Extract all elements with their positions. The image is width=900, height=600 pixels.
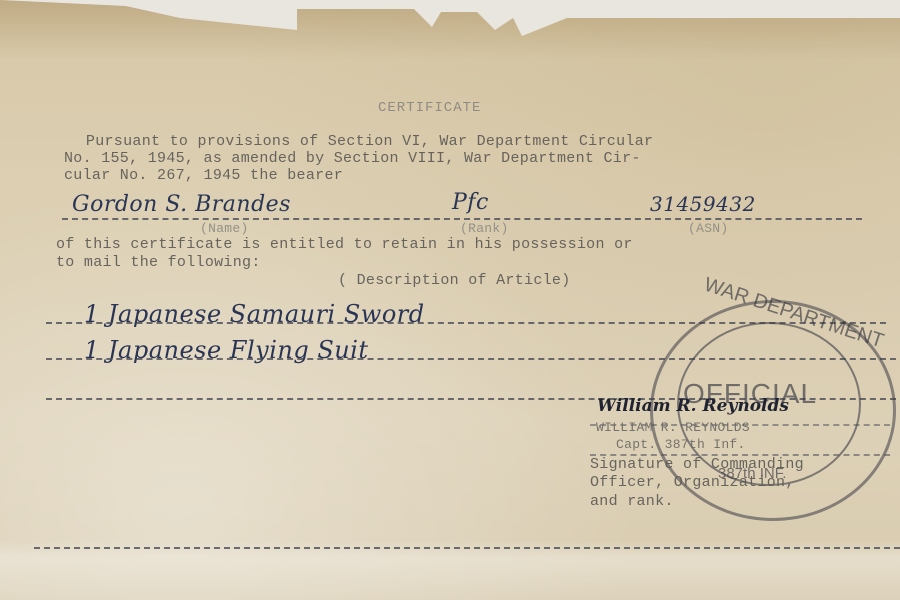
certificate-paper: CERTIFICATE Pursuant to provisions of Se… [0,0,900,600]
signature-label-3: and rank. [590,493,674,510]
bearer-asn: 31459432 [650,192,756,216]
asn-caption: (ASN) [688,221,729,236]
bottom-dashed-line [34,547,900,549]
paragraph-line-2: No. 155, 1945, as amended by Section VII… [64,150,641,167]
name-caption: (Name) [200,221,249,236]
bearer-name: Gordon S. Brandes [72,192,291,217]
bearer-underline [62,218,862,220]
typed-officer-name: WILLIAM R. REYNOLDS [596,420,750,435]
signature-label-2: Officer, Organization, [590,474,795,491]
signature-label-1: Signature of Commanding [590,456,804,473]
typed-officer-title: Capt. 387th Inf. [616,437,746,452]
bearer-rank: Pfc [452,190,489,215]
article-caption: ( Description of Article) [338,272,571,289]
rank-caption: (Rank) [460,221,509,236]
entitlement-line-2: to mail the following: [56,254,261,271]
certificate-title: CERTIFICATE [378,100,481,116]
water-stain [0,540,900,600]
paper-edge-shadow [0,0,900,60]
paragraph-line-1: Pursuant to provisions of Section VI, Wa… [58,133,653,150]
officer-signature: William R. Reynolds [597,396,789,416]
entitlement-line-1: of this certificate is entitled to retai… [56,236,633,253]
paragraph-line-3: cular No. 267, 1945 the bearer [64,167,343,184]
